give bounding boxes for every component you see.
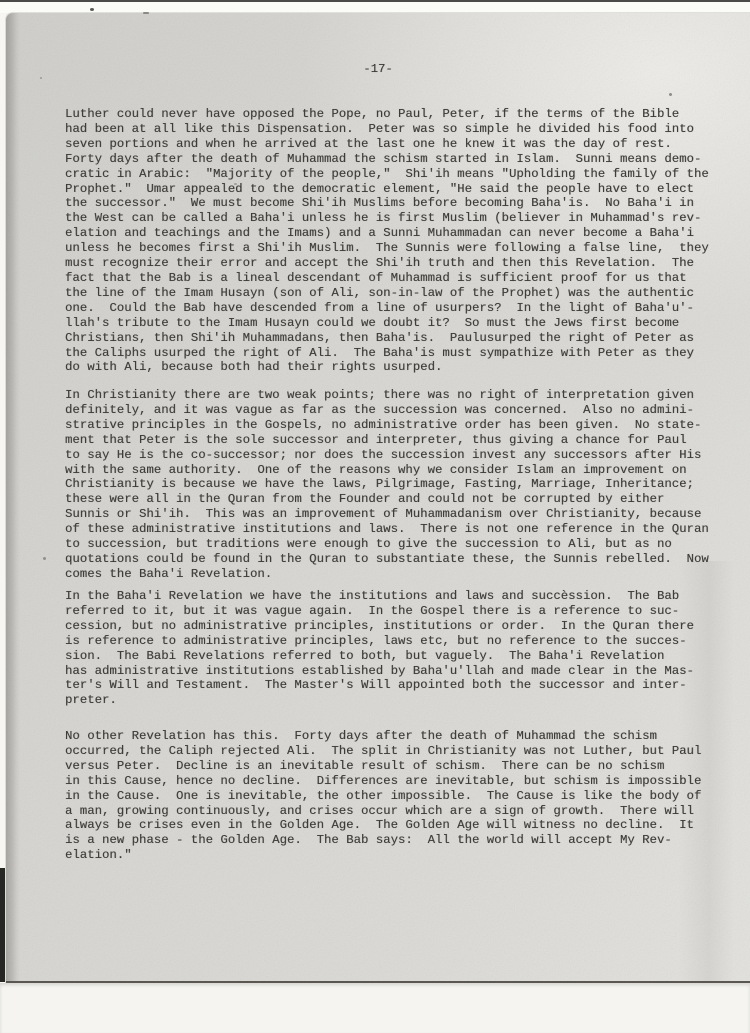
paragraph-christianity-weak-points: In Christianity there are two weak point…	[65, 388, 733, 582]
scan-speck	[669, 93, 672, 96]
scan-speck	[143, 12, 149, 14]
scan-edge-artifact	[0, 868, 5, 982]
scan-speck	[43, 557, 46, 560]
page-number: -17-	[6, 62, 750, 77]
scanner-background-top	[0, 2, 750, 13]
paragraph-luther-schism: Luther could never have opposed the Pope…	[65, 107, 733, 375]
paper-left-edge-shadow	[6, 13, 20, 981]
paper-sheet: -17- Luther could never have opposed the…	[6, 13, 750, 983]
scan-speck	[234, 183, 237, 185]
scan-speck	[40, 77, 42, 79]
scanner-background-bottom	[0, 983, 750, 1033]
paragraph-bahai-revelation-institutions: In the Baha'i Revelation we have the ins…	[65, 589, 733, 708]
paragraph-no-other-revelation: No other Revelation has this. Forty days…	[65, 729, 733, 863]
scan-speck	[90, 8, 94, 11]
scanned-document-page: -17- Luther could never have opposed the…	[0, 0, 750, 1033]
